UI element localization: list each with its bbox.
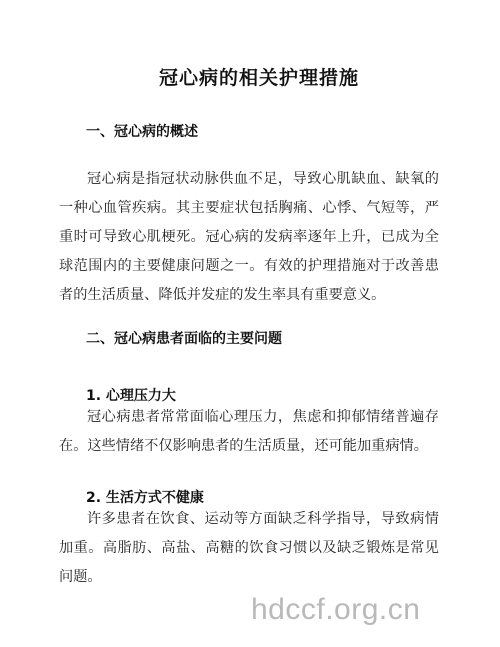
section-heading-overview: 一、冠心病的概述 <box>86 121 198 141</box>
section-paragraph-overview: 冠心病是指冠状动脉供血不足，导致心肌缺血、缺氧的一种心血管疾病。其主要症状包括胸… <box>59 165 439 310</box>
subsection-heading-psychological: 1. 心理压力大 <box>86 385 176 405</box>
subsection-heading-lifestyle: 2. 生活方式不健康 <box>86 487 204 507</box>
watermark-text: hdccf.org.cn <box>251 593 420 627</box>
document-title: 冠心病的相关护理措施 <box>0 63 500 90</box>
subsection-paragraph-psychological: 冠心病患者常常面临心理压力，焦虑和抑郁情绪普遍存在。这些情绪不仅影响患者的生活质… <box>59 403 439 461</box>
subsection-paragraph-lifestyle: 许多患者在饮食、运动等方面缺乏科学指导，导致病情加重。高脂肪、高盐、高糖的饮食习… <box>59 505 439 592</box>
section-heading-problems: 二、冠心病患者面临的主要问题 <box>86 328 282 348</box>
